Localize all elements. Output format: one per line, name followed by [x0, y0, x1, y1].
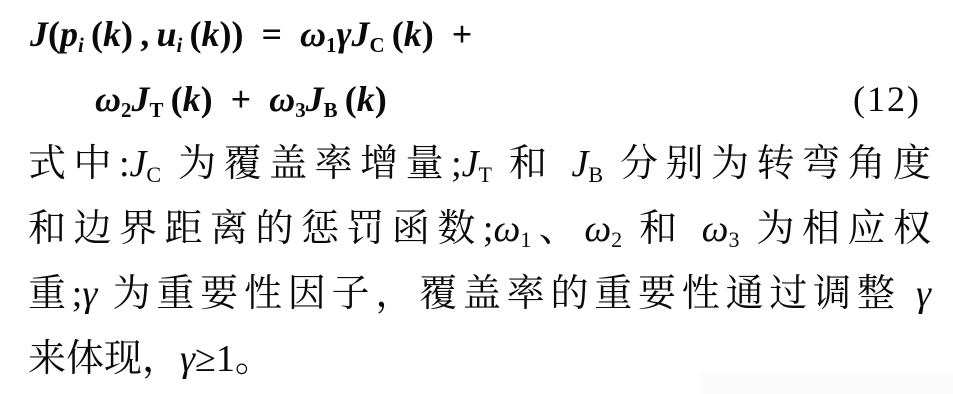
text-token: (: [385, 14, 404, 54]
text-token: (: [182, 14, 201, 54]
text-token: ω: [702, 208, 729, 250]
text-token: 、: [531, 208, 584, 250]
text-token: ,: [133, 14, 156, 54]
text-token: 1。: [216, 338, 273, 380]
text-token: 重;: [28, 273, 82, 315]
text-token: 分别为转弯角度: [603, 143, 931, 185]
text-token: (: [163, 79, 182, 119]
text-token: k: [357, 79, 375, 119]
scan-artifact-band: [700, 372, 953, 394]
text-token: ): [375, 79, 387, 119]
text-token: 和: [622, 208, 701, 250]
body-text-line-3: 重;γ 为重要性因子，覆盖率的重要性通过调整 γ: [28, 262, 931, 327]
text-token: (: [338, 79, 357, 119]
text-token: 为覆盖率增量;: [161, 143, 462, 185]
text-token: ): [121, 14, 133, 54]
text-token: γ: [180, 338, 195, 380]
text-token: ω: [269, 79, 295, 119]
text-token: ω: [584, 208, 611, 250]
text-token: (: [84, 14, 103, 54]
text-token: k: [183, 79, 201, 119]
text-token: C: [146, 162, 161, 187]
text-token: 式中:: [28, 143, 130, 185]
text-token: 为相应权: [740, 208, 931, 250]
text-token: 2: [121, 98, 131, 122]
text-token: 3: [295, 98, 305, 122]
text-token: J: [130, 143, 147, 185]
text-token: ≥: [195, 338, 216, 380]
text-token: B: [324, 98, 338, 122]
text-token: +: [434, 14, 473, 54]
text-token: ω: [95, 79, 121, 119]
equation-line-2: ω2JT (k) + ω3JB (k) (12): [28, 67, 931, 132]
text-token: C: [369, 33, 384, 57]
text-token: γ: [916, 273, 931, 315]
body-text-line-1: 式中:JC 为覆盖率增量;JT 和 JB 分别为转弯角度: [28, 132, 931, 197]
text-token: ): [422, 14, 434, 54]
text-token: J: [571, 143, 588, 185]
text-token: p: [60, 14, 78, 54]
text-token: k: [103, 14, 121, 54]
text-token: 2: [611, 227, 622, 252]
body-text-line-2: 和边界距离的惩罚函数;ω1、ω2 和 ω3 为相应权: [28, 197, 931, 262]
text-token: 1: [326, 33, 336, 57]
text-token: (: [48, 14, 60, 54]
paper-text-snippet: J(pi (k) , ui (k)) = ω1γJC (k) + ω2JT (k…: [0, 0, 953, 394]
text-token: u: [156, 14, 176, 54]
text-token: 和边界距离的惩罚函数;: [28, 208, 493, 250]
text-token: 3: [729, 227, 740, 252]
text-token: 来体现，: [28, 338, 180, 380]
text-token: +: [213, 79, 270, 119]
text-token: γ: [336, 14, 351, 54]
text-token: ): [201, 79, 213, 119]
equation-line-1: J(pi (k) , ui (k)) = ω1γJC (k) +: [28, 2, 931, 67]
text-token: k: [201, 14, 219, 54]
text-token: k: [404, 14, 422, 54]
text-token: )): [219, 14, 243, 54]
text-token: 为重要性因子，覆盖率的重要性通过调整: [97, 273, 916, 315]
text-token: 和: [492, 143, 571, 185]
text-token: 1: [520, 227, 531, 252]
text-token: ω: [493, 208, 520, 250]
equation-number: (12): [853, 67, 921, 132]
text-token: J: [351, 14, 369, 54]
text-token: T: [479, 162, 492, 187]
text-token: J: [462, 143, 479, 185]
text-token: J: [30, 14, 48, 54]
text-token: γ: [82, 273, 97, 315]
text-token: ω: [300, 14, 326, 54]
text-token: =: [243, 14, 300, 54]
text-token: B: [588, 162, 603, 187]
text-token: J: [306, 79, 324, 119]
equation-line-2-tokens: ω2JT (k) + ω3JB (k): [95, 79, 387, 119]
text-token: T: [149, 98, 163, 122]
text-token: J: [131, 79, 149, 119]
